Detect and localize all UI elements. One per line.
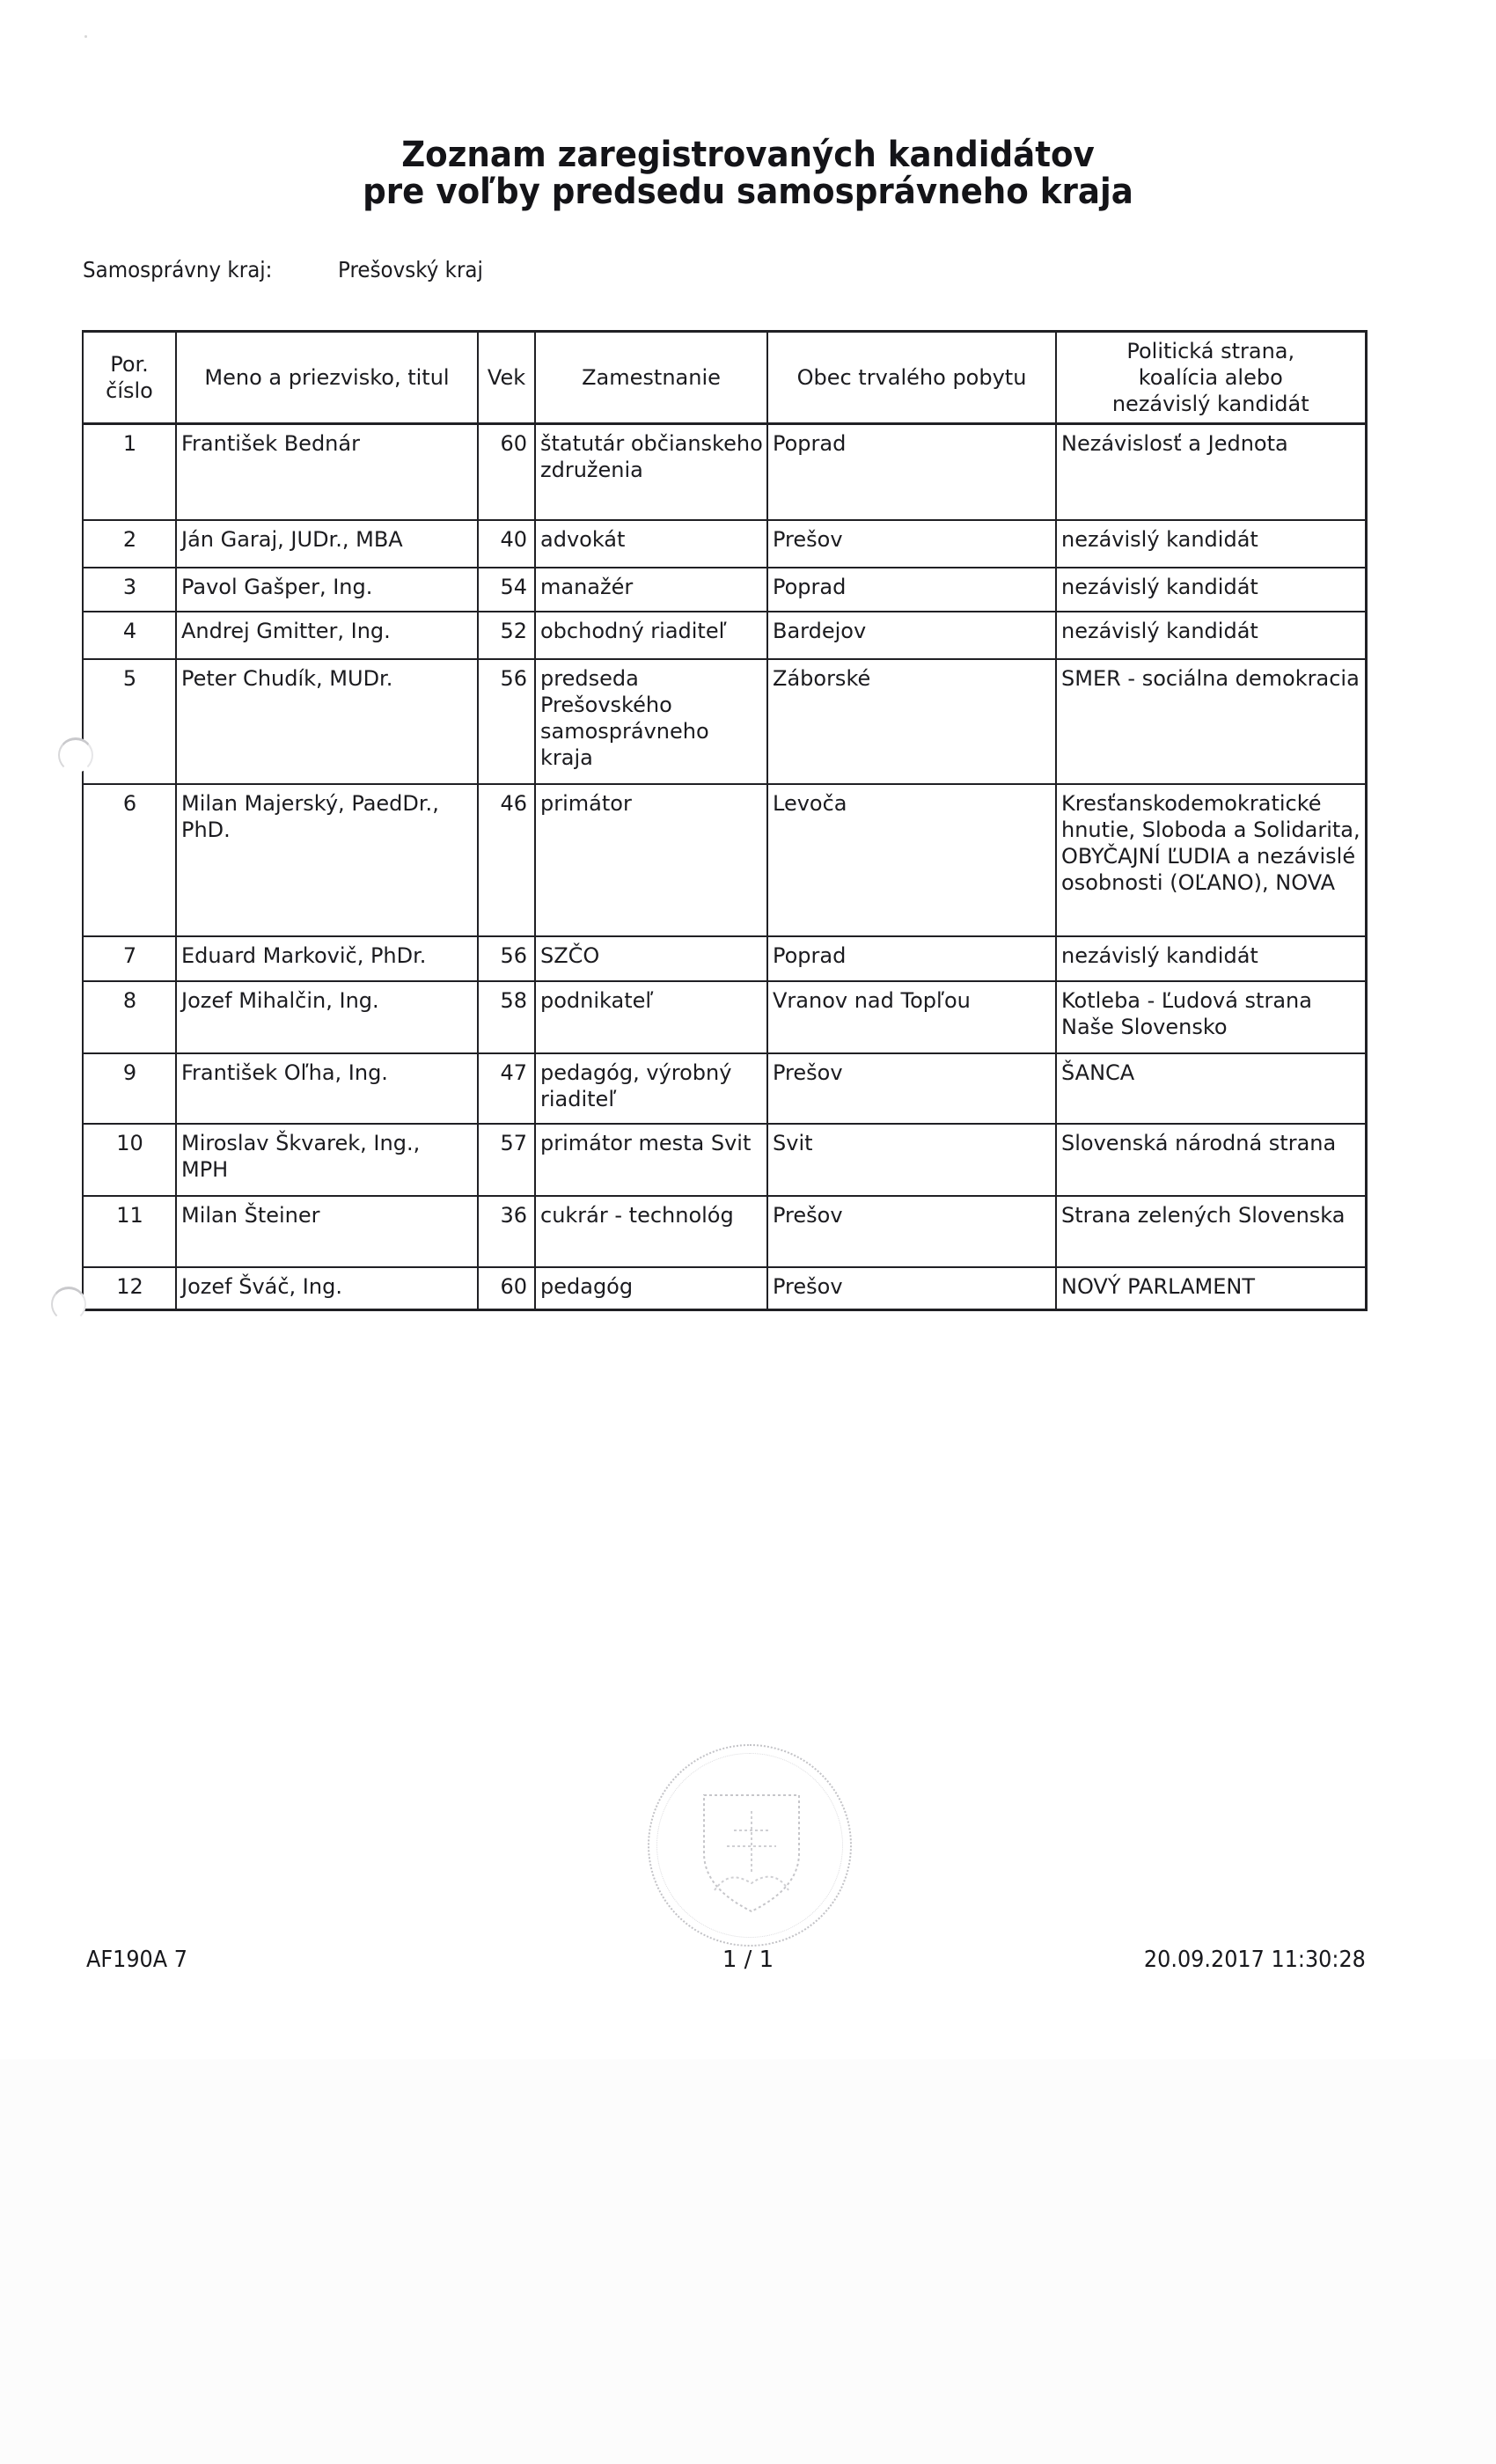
table-row: 6 Milan Majerský, PaedDr., PhD. 46 primá… — [83, 784, 1366, 936]
cell-residence: Prešov — [767, 520, 1056, 568]
table-row: 12 Jozef Šváč, Ing. 60 pedagóg Prešov NO… — [83, 1267, 1366, 1310]
cell-residence: Záborské — [767, 659, 1056, 784]
table-header-row: Por. číslo Meno a priezvisko, titul Vek … — [83, 332, 1366, 424]
header-number-line1: Por. — [87, 351, 172, 378]
cell-party: Kresťanskodemokratické hnutie, Sloboda a… — [1056, 784, 1366, 936]
table-row: 4 Andrej Gmitter, Ing. 52 obchodný riadi… — [83, 612, 1366, 659]
cell-occupation: SZČO — [535, 936, 767, 981]
region-label: Samosprávny kraj: — [83, 257, 272, 283]
document-title-line1: Zoznam zaregistrovaných kandidátov — [53, 136, 1444, 174]
cell-party: nezávislý kandidát — [1056, 568, 1366, 612]
candidates-table: Por. číslo Meno a priezvisko, titul Vek … — [82, 330, 1368, 1311]
cell-residence: Bardejov — [767, 612, 1056, 659]
cell-party: Strana zelených Slovenska — [1056, 1196, 1366, 1267]
cell-number: 7 — [83, 936, 176, 981]
header-age: Vek — [478, 332, 535, 424]
table-row: 2 Ján Garaj, JUDr., MBA 40 advokát Prešo… — [83, 520, 1366, 568]
header-name: Meno a priezvisko, titul — [176, 332, 478, 424]
cell-residence: Levoča — [767, 784, 1056, 936]
cell-party: Kotleba - Ľudová strana Naše Slovensko — [1056, 981, 1366, 1053]
table-row: 10 Miroslav Škvarek, Ing., MPH 57 primát… — [83, 1124, 1366, 1196]
cell-name: Jozef Šváč, Ing. — [176, 1267, 478, 1310]
cell-party: SMER - sociálna demokracia — [1056, 659, 1366, 784]
official-stamp — [648, 1744, 852, 1947]
cell-party: Slovenská národná strana — [1056, 1124, 1366, 1196]
cell-number: 8 — [83, 981, 176, 1053]
header-party: Politická strana, koalícia alebo nezávis… — [1056, 332, 1366, 424]
cell-party: nezávislý kandidát — [1056, 612, 1366, 659]
cell-occupation: predseda Prešovského samosprávneho kraja — [535, 659, 767, 784]
punch-hole-mark — [58, 737, 93, 773]
header-party-line3: nezávislý kandidát — [1060, 391, 1361, 417]
cell-residence: Poprad — [767, 936, 1056, 981]
cell-number: 5 — [83, 659, 176, 784]
cell-age: 54 — [478, 568, 535, 612]
cell-occupation: podnikateľ — [535, 981, 767, 1053]
cell-party: ŠANCA — [1056, 1053, 1366, 1124]
header-occupation: Zamestnanie — [535, 332, 767, 424]
cell-residence: Poprad — [767, 568, 1056, 612]
table-row: 5 Peter Chudík, MUDr. 56 predseda Prešov… — [83, 659, 1366, 784]
cell-age: 46 — [478, 784, 535, 936]
cell-age: 56 — [478, 659, 535, 784]
cell-age: 52 — [478, 612, 535, 659]
cell-occupation: advokát — [535, 520, 767, 568]
cell-name: František Oľha, Ing. — [176, 1053, 478, 1124]
table-row: 9 František Oľha, Ing. 47 pedagóg, výrob… — [83, 1053, 1366, 1124]
cell-occupation: štatutár občianskeho združenia — [535, 424, 767, 520]
cell-name: Milan Šteiner — [176, 1196, 478, 1267]
cell-name: Ján Garaj, JUDr., MBA — [176, 520, 478, 568]
cell-occupation: obchodný riaditeľ — [535, 612, 767, 659]
header-party-line1: Politická strana, — [1060, 338, 1361, 364]
cell-name: Miroslav Škvarek, Ing., MPH — [176, 1124, 478, 1196]
cell-number: 1 — [83, 424, 176, 520]
header-party-line2: koalícia alebo — [1060, 364, 1361, 391]
cell-number: 4 — [83, 612, 176, 659]
cell-occupation: cukrár - technológ — [535, 1196, 767, 1267]
cell-party: nezávislý kandidát — [1056, 936, 1366, 981]
cell-occupation: primátor — [535, 784, 767, 936]
header-number-line2: číslo — [87, 378, 172, 404]
cell-occupation: primátor mesta Svit — [535, 1124, 767, 1196]
cell-residence: Poprad — [767, 424, 1056, 520]
table-row: 11 Milan Šteiner 36 cukrár - technológ P… — [83, 1196, 1366, 1267]
table-row: 7 Eduard Markovič, PhDr. 56 SZČO Poprad … — [83, 936, 1366, 981]
cell-name: Jozef Mihalčin, Ing. — [176, 981, 478, 1053]
cell-age: 47 — [478, 1053, 535, 1124]
cell-name: Peter Chudík, MUDr. — [176, 659, 478, 784]
cell-residence: Svit — [767, 1124, 1056, 1196]
header-residence: Obec trvalého pobytu — [767, 332, 1056, 424]
print-timestamp: 20.09.2017 11:30:28 — [1144, 1946, 1366, 1974]
cell-age: 57 — [478, 1124, 535, 1196]
cell-age: 36 — [478, 1196, 535, 1267]
header-number: Por. číslo — [83, 332, 176, 424]
cell-name: Pavol Gašper, Ing. — [176, 568, 478, 612]
document-title-line2: pre voľby predsedu samosprávneho kraja — [53, 172, 1444, 211]
cell-occupation: pedagóg, výrobný riaditeľ — [535, 1053, 767, 1124]
scan-speck — [84, 35, 87, 38]
cell-age: 60 — [478, 1267, 535, 1310]
table-row: 1 František Bednár 60 štatutár občianske… — [83, 424, 1366, 520]
cell-number: 12 — [83, 1267, 176, 1310]
cell-name: Milan Majerský, PaedDr., PhD. — [176, 784, 478, 936]
cell-number: 3 — [83, 568, 176, 612]
cell-number: 6 — [83, 784, 176, 936]
cell-number: 9 — [83, 1053, 176, 1124]
cell-age: 60 — [478, 424, 535, 520]
cell-number: 10 — [83, 1124, 176, 1196]
cell-name: Eduard Markovič, PhDr. — [176, 936, 478, 981]
cell-age: 56 — [478, 936, 535, 981]
cell-party: nezávislý kandidát — [1056, 520, 1366, 568]
cell-age: 40 — [478, 520, 535, 568]
cell-name: František Bednár — [176, 424, 478, 520]
cell-number: 11 — [83, 1196, 176, 1267]
region-value: Prešovský kraj — [338, 257, 483, 283]
cell-occupation: manažér — [535, 568, 767, 612]
cell-residence: Prešov — [767, 1053, 1056, 1124]
cell-party: Nezávislosť a Jednota — [1056, 424, 1366, 520]
cell-party: NOVÝ PARLAMENT — [1056, 1267, 1366, 1310]
cell-residence: Prešov — [767, 1196, 1056, 1267]
punch-hole-mark — [51, 1287, 86, 1322]
table-row: 3 Pavol Gašper, Ing. 54 manažér Poprad n… — [83, 568, 1366, 612]
cell-residence: Prešov — [767, 1267, 1056, 1310]
cell-occupation: pedagóg — [535, 1267, 767, 1310]
table-row: 8 Jozef Mihalčin, Ing. 58 podnikateľ Vra… — [83, 981, 1366, 1053]
cell-residence: Vranov nad Topľou — [767, 981, 1056, 1053]
cell-age: 58 — [478, 981, 535, 1053]
coat-of-arms-seal-icon — [700, 1792, 803, 1915]
cell-number: 2 — [83, 520, 176, 568]
cell-name: Andrej Gmitter, Ing. — [176, 612, 478, 659]
